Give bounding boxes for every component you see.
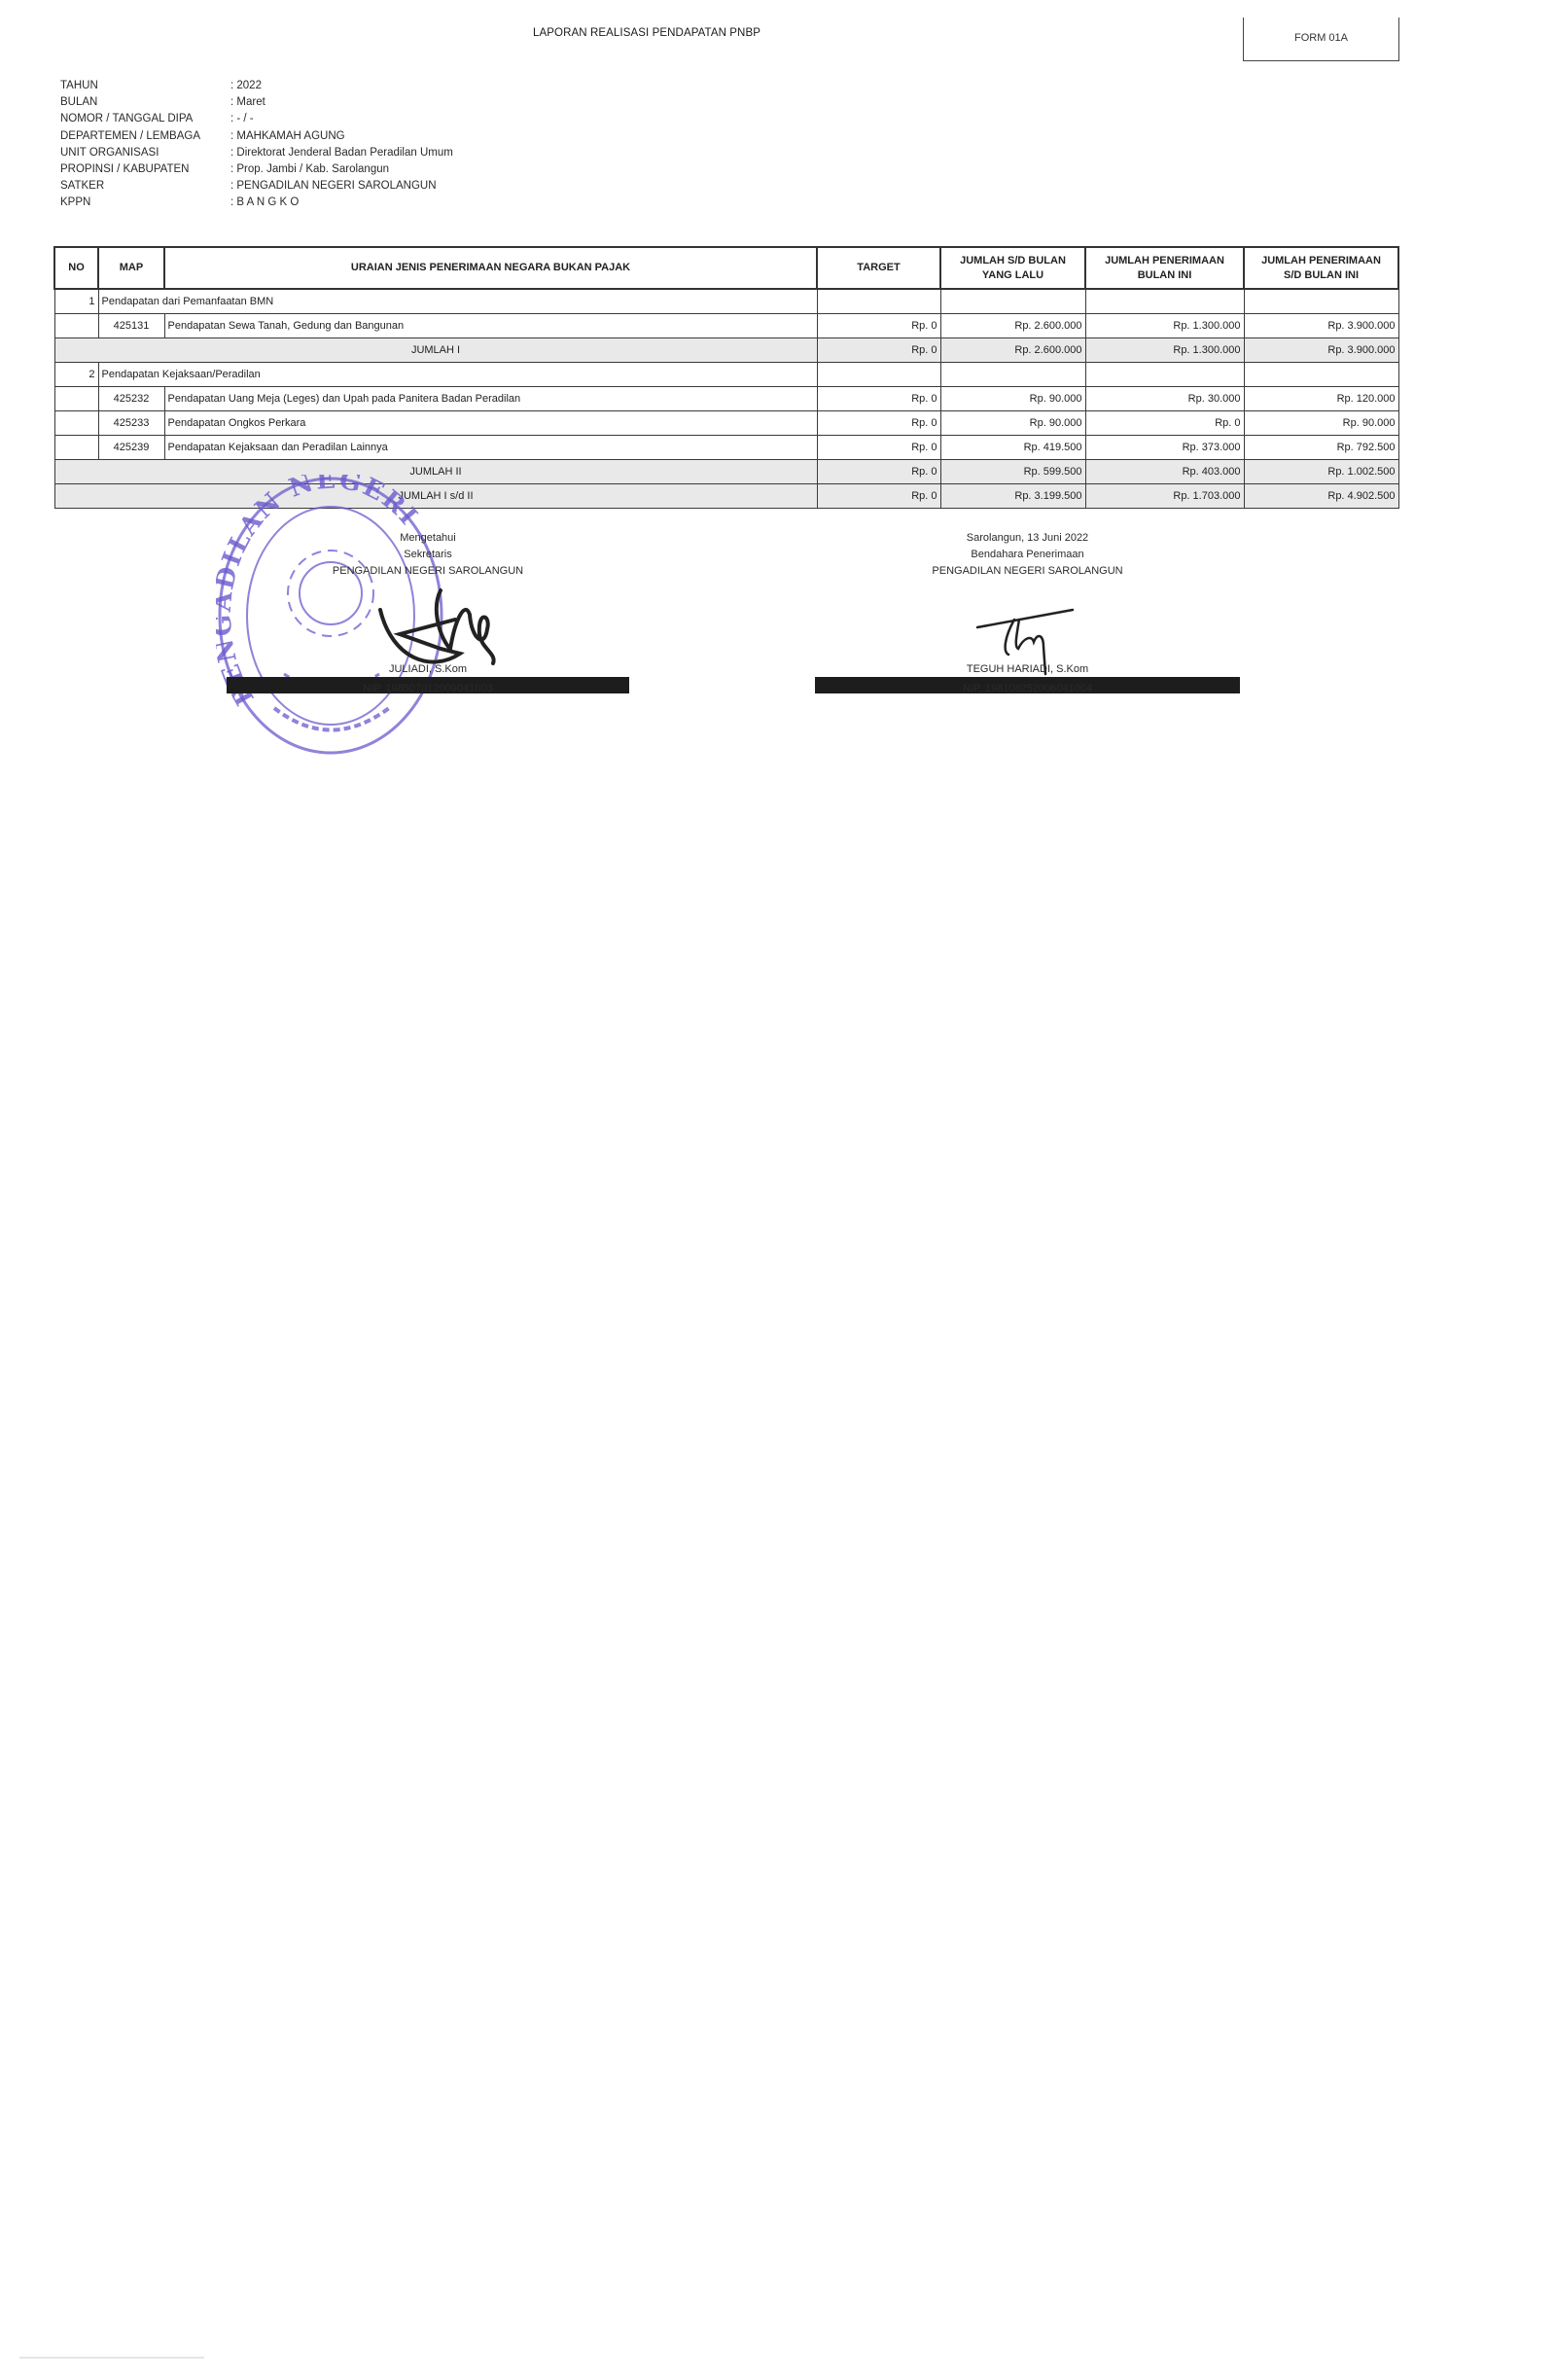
meta-value: 2022 — [230, 78, 262, 94]
sig-right-name: TEGUH HARIADI, S.Kom — [815, 661, 1240, 678]
sd-lalu: Rp. 3.199.500 — [940, 484, 1085, 509]
meta-label: DEPARTEMEN / LEMBAGA — [60, 128, 230, 145]
map-code: 425239 — [98, 436, 164, 460]
target: Rp. 0 — [817, 460, 940, 484]
meta-value: B A N G K O — [230, 195, 299, 211]
target: Rp. 0 — [817, 484, 940, 509]
signature-block-left: Mengetahui Sekretaris PENGADILAN NEGERI … — [227, 530, 629, 580]
col-sd-lalu-line2: YANG LALU — [944, 268, 1081, 283]
sd-ini: Rp. 4.902.500 — [1244, 484, 1398, 509]
col-sd-ini: JUMLAH PENERIMAANS/D BULAN INI — [1244, 247, 1398, 289]
empty-cell — [940, 363, 1085, 387]
col-sd-lalu: JUMLAH S/D BULANYANG LALU — [940, 247, 1085, 289]
meta-row-tahun: TAHUN2022 — [60, 78, 453, 94]
table-row: 425233 Pendapatan Ongkos Perkara Rp. 0 R… — [54, 411, 1398, 436]
group-no: 1 — [54, 289, 98, 314]
sd-ini: Rp. 120.000 — [1244, 387, 1398, 411]
empty-cell — [54, 436, 98, 460]
subtotal-row: JUMLAH II Rp. 0 Rp. 599.500 Rp. 403.000 … — [54, 460, 1398, 484]
col-uraian: URAIAN JENIS PENERIMAAN NEGARA BUKAN PAJ… — [164, 247, 817, 289]
meta-value: Maret — [230, 94, 265, 111]
uraian: Pendapatan Uang Meja (Leges) dan Upah pa… — [164, 387, 817, 411]
sd-lalu: Rp. 2.600.000 — [940, 338, 1085, 363]
table-row: 425131 Pendapatan Sewa Tanah, Gedung dan… — [54, 314, 1398, 338]
empty-cell — [1085, 289, 1244, 314]
meta-value: MAHKAMAH AGUNG — [230, 128, 345, 145]
target: Rp. 0 — [817, 436, 940, 460]
scan-artifact — [19, 2357, 204, 2359]
table-header-row: NO MAP URAIAN JENIS PENERIMAAN NEGARA BU… — [54, 247, 1398, 289]
bulan-ini: Rp. 30.000 — [1085, 387, 1244, 411]
table-row: 425232 Pendapatan Uang Meja (Leges) dan … — [54, 387, 1398, 411]
sd-ini: Rp. 90.000 — [1244, 411, 1398, 436]
uraian: Pendapatan Ongkos Perkara — [164, 411, 817, 436]
sd-lalu: Rp. 419.500 — [940, 436, 1085, 460]
group-header-row: 2 Pendapatan Kejaksaan/Peradilan — [54, 363, 1398, 387]
meta-label: SATKER — [60, 178, 230, 195]
grand-total-row: JUMLAH I s/d II Rp. 0 Rp. 3.199.500 Rp. … — [54, 484, 1398, 509]
sig-left-line3: PENGADILAN NEGERI SAROLANGUN — [227, 563, 629, 580]
uraian: Pendapatan Kejaksaan dan Peradilan Lainn… — [164, 436, 817, 460]
empty-cell — [54, 411, 98, 436]
empty-cell — [817, 289, 940, 314]
sig-right-line1: Sarolangun, 13 Juni 2022 — [815, 530, 1240, 547]
empty-cell — [54, 387, 98, 411]
target: Rp. 0 — [817, 314, 940, 338]
sig-left-name: JULIADI, S.Kom — [227, 661, 629, 678]
subtotal-label: JUMLAH I — [54, 338, 817, 363]
col-map: MAP — [98, 247, 164, 289]
meta-value: Prop. Jambi / Kab. Sarolangun — [230, 161, 389, 178]
empty-cell — [1085, 363, 1244, 387]
empty-cell — [1244, 363, 1398, 387]
sig-right-line3: PENGADILAN NEGERI SAROLANGUN — [815, 563, 1240, 580]
bulan-ini: Rp. 0 — [1085, 411, 1244, 436]
sd-lalu: Rp. 599.500 — [940, 460, 1085, 484]
map-code: 425232 — [98, 387, 164, 411]
form-code-box: FORM 01A — [1243, 18, 1399, 61]
col-bulan-ini: JUMLAH PENERIMAANBULAN INI — [1085, 247, 1244, 289]
bulan-ini: Rp. 1.300.000 — [1085, 338, 1244, 363]
meta-label: TAHUN — [60, 78, 230, 94]
bulan-ini: Rp. 1.703.000 — [1085, 484, 1244, 509]
sd-ini: Rp. 792.500 — [1244, 436, 1398, 460]
col-bulan-ini-line2: BULAN INI — [1089, 268, 1240, 283]
col-sd-lalu-line1: JUMLAH S/D BULAN — [944, 254, 1081, 268]
bulan-ini: Rp. 373.000 — [1085, 436, 1244, 460]
meta-row-dipa: NOMOR / TANGGAL DIPA- / - — [60, 111, 453, 127]
table-row: 425239 Pendapatan Kejaksaan dan Peradila… — [54, 436, 1398, 460]
meta-label: BULAN — [60, 94, 230, 111]
grand-total-label: JUMLAH I s/d II — [54, 484, 817, 509]
empty-cell — [54, 314, 98, 338]
target: Rp. 0 — [817, 411, 940, 436]
sd-ini: Rp. 3.900.000 — [1244, 314, 1398, 338]
group-no: 2 — [54, 363, 98, 387]
meta-row-kppn: KPPNB A N G K O — [60, 195, 453, 211]
sig-right-nip: NIP. 198108252006041004 — [815, 681, 1240, 697]
sig-right-line2: Bendahara Penerimaan — [815, 547, 1240, 563]
bulan-ini: Rp. 403.000 — [1085, 460, 1244, 484]
sd-lalu: Rp. 90.000 — [940, 387, 1085, 411]
target: Rp. 0 — [817, 338, 940, 363]
subtotal-row: JUMLAH I Rp. 0 Rp. 2.600.000 Rp. 1.300.0… — [54, 338, 1398, 363]
col-target: TARGET — [817, 247, 940, 289]
sd-lalu: Rp. 90.000 — [940, 411, 1085, 436]
empty-cell — [940, 289, 1085, 314]
meta-label: KPPN — [60, 195, 230, 211]
form-code: FORM 01A — [1244, 32, 1398, 44]
sd-ini: Rp. 3.900.000 — [1244, 338, 1398, 363]
meta-value: PENGADILAN NEGERI SAROLANGUN — [230, 178, 437, 195]
signature-scribble-icon — [372, 581, 509, 673]
meta-label: PROPINSI / KABUPATEN — [60, 161, 230, 178]
pnbp-table: NO MAP URAIAN JENIS PENERIMAAN NEGARA BU… — [53, 246, 1399, 509]
col-bulan-ini-line1: JUMLAH PENERIMAAN — [1089, 254, 1240, 268]
meta-label: UNIT ORGANISASI — [60, 145, 230, 161]
map-code: 425233 — [98, 411, 164, 436]
meta-value: Direktorat Jenderal Badan Peradilan Umum — [230, 145, 453, 161]
sig-left-line2: Sekretaris — [227, 547, 629, 563]
meta-row-bulan: BULANMaret — [60, 94, 453, 111]
meta-row-satker: SATKERPENGADILAN NEGERI SAROLANGUN — [60, 178, 453, 195]
meta-row-propinsi: PROPINSI / KABUPATENProp. Jambi / Kab. S… — [60, 161, 453, 178]
empty-cell — [817, 363, 940, 387]
meta-label: NOMOR / TANGGAL DIPA — [60, 111, 230, 127]
sd-ini: Rp. 1.002.500 — [1244, 460, 1398, 484]
group-title: Pendapatan Kejaksaan/Peradilan — [98, 363, 817, 387]
group-title: Pendapatan dari Pemanfaatan BMN — [98, 289, 817, 314]
empty-cell — [1244, 289, 1398, 314]
col-sd-ini-line1: JUMLAH PENERIMAAN — [1248, 254, 1395, 268]
group-header-row: 1 Pendapatan dari Pemanfaatan BMN — [54, 289, 1398, 314]
signature-block-right: Sarolangun, 13 Juni 2022 Bendahara Pener… — [815, 530, 1240, 580]
sig-left-line1: Mengetahui — [227, 530, 629, 547]
col-no: NO — [54, 247, 98, 289]
report-metadata: TAHUN2022 BULANMaret NOMOR / TANGGAL DIP… — [60, 78, 453, 212]
meta-value: - / - — [230, 111, 254, 127]
meta-row-unit: UNIT ORGANISASIDirektorat Jenderal Badan… — [60, 145, 453, 161]
uraian: Pendapatan Sewa Tanah, Gedung dan Bangun… — [164, 314, 817, 338]
map-code: 425131 — [98, 314, 164, 338]
meta-row-departemen: DEPARTEMEN / LEMBAGAMAHKAMAH AGUNG — [60, 128, 453, 145]
report-title: LAPORAN REALISASI PENDAPATAN PNBP — [533, 27, 760, 39]
subtotal-label: JUMLAH II — [54, 460, 817, 484]
sig-left-nip: NIP. 198507012009041003 — [227, 681, 629, 697]
bulan-ini: Rp. 1.300.000 — [1085, 314, 1244, 338]
col-sd-ini-line2: S/D BULAN INI — [1248, 268, 1395, 283]
target: Rp. 0 — [817, 387, 940, 411]
sd-lalu: Rp. 2.600.000 — [940, 314, 1085, 338]
